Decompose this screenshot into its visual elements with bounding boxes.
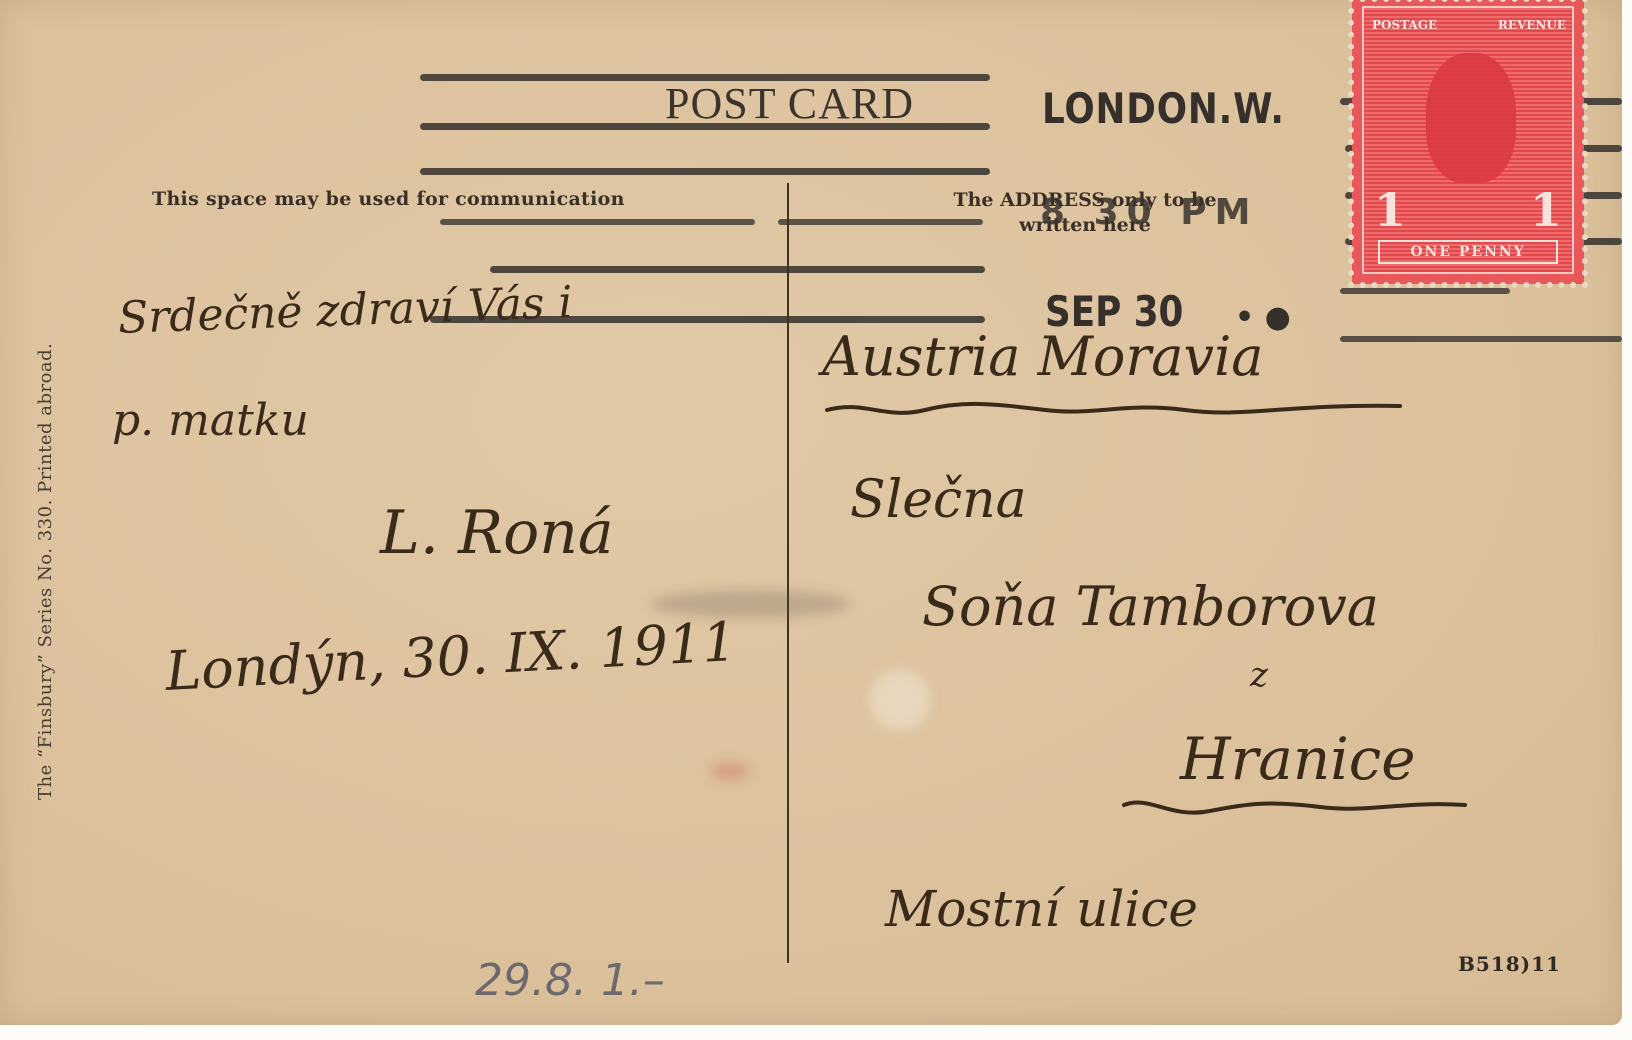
stamp-frame: POSTAGE REVENUE 1 1 ONE PENNY xyxy=(1362,6,1574,274)
underline-squiggle xyxy=(825,398,1405,422)
stamp-value-left: 1 xyxy=(1374,183,1406,237)
message-line-1: Srdečně zdraví Vás i xyxy=(117,277,573,344)
red-stain xyxy=(710,762,750,780)
king-portrait-icon xyxy=(1426,53,1516,183)
message-signature: L. Roná xyxy=(380,498,614,568)
address-town: Hranice xyxy=(1180,725,1416,793)
pencil-note: 29.8. 1.– xyxy=(475,955,665,1006)
address-name: Soňa Tamborova xyxy=(922,575,1379,638)
center-divider xyxy=(787,183,789,963)
post-card-title: POST CARD xyxy=(665,78,914,129)
stamp-revenue-text: REVENUE xyxy=(1498,18,1566,32)
postmark-city: LONDON.W. xyxy=(1042,84,1285,133)
cancel-line xyxy=(440,219,755,225)
catalog-code: B518)11 xyxy=(1458,952,1561,976)
paper-wear-spot xyxy=(870,670,930,730)
cancel-line xyxy=(490,266,985,273)
communication-label: This space may be used for communication xyxy=(152,188,625,210)
postage-stamp: POSTAGE REVENUE 1 1 ONE PENNY xyxy=(1352,0,1584,284)
postmark-time: 8 30 PM xyxy=(1040,192,1258,233)
cancel-line xyxy=(1340,336,1622,342)
underline-squiggle xyxy=(1120,795,1470,825)
cancel-line xyxy=(1340,288,1510,294)
publisher-imprint: The “Finsbury” Series No. 330. Printed a… xyxy=(35,343,56,800)
address-street: Mostní ulice xyxy=(885,880,1198,938)
message-place-date: Londýn, 30. IX. 1911 xyxy=(164,610,738,703)
address-salutation: Slečna xyxy=(850,470,1027,530)
address-preposition: z xyxy=(1250,655,1268,695)
stamp-value-right: 1 xyxy=(1530,183,1562,237)
postcard-back: POST CARD This space may be used for com… xyxy=(0,0,1622,1025)
stamp-postage-text: POSTAGE xyxy=(1372,18,1437,32)
cancel-line xyxy=(420,168,990,175)
ink-smudge xyxy=(650,590,850,618)
message-line-2: p. matku xyxy=(112,395,309,446)
address-country: Austria Moravia xyxy=(822,325,1263,388)
stamp-denomination: ONE PENNY xyxy=(1378,240,1558,264)
